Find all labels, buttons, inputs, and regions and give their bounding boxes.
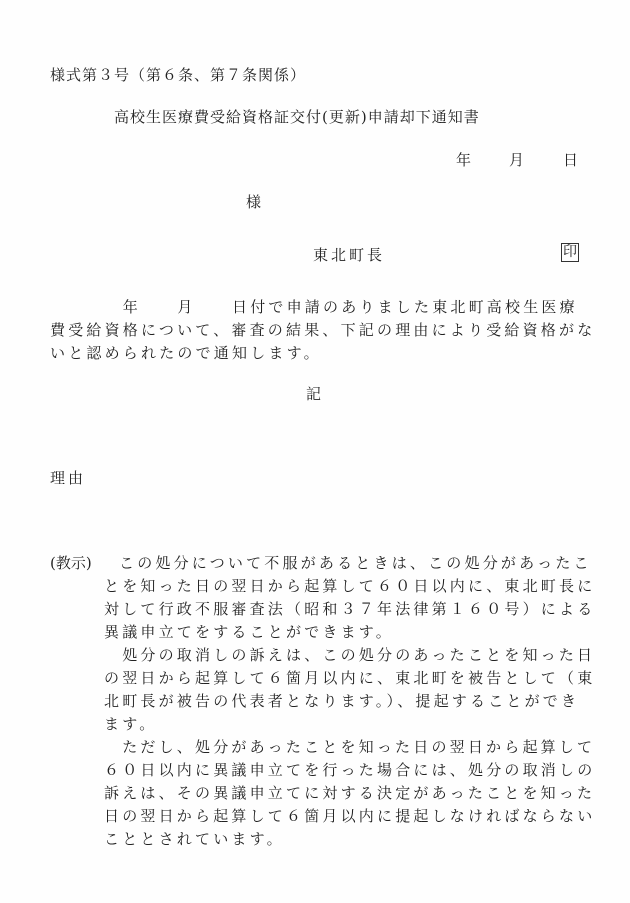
- notice-label: (教示): [50, 552, 92, 573]
- notice-line: とを知った日の翌日から起算して６０日以内に、東北町長に: [104, 575, 595, 596]
- ki-heading: 記: [306, 383, 321, 404]
- body-line: 費受給資格について、審査の結果、下記の理由により受給資格がな: [50, 319, 595, 340]
- notice-line: ただし、処分があったことを知った日の翌日から起算して: [104, 736, 595, 757]
- date-year: 年: [456, 149, 471, 170]
- seal-mark: 印: [561, 243, 579, 262]
- notice-line: 異議申立てをすることができます。: [104, 621, 394, 642]
- date-day: 日: [563, 149, 578, 170]
- notice-line: 訴えは、その異議申立てに対する決定があったことを知った: [104, 782, 595, 803]
- notice-line: ６０日以内に異議申立てを行った場合には、処分の取消しの: [104, 759, 595, 780]
- notice-line: 処分の取消しの訴えは、この処分のあったことを知った日: [104, 644, 595, 665]
- form-number: 様式第３号（第６条、第７条関係）: [50, 64, 306, 85]
- reason-label: 理由: [50, 467, 86, 488]
- notice-line: この処分について不服があるときは、この処分があったこ: [119, 552, 592, 573]
- addressee-suffix: 様: [246, 191, 261, 212]
- body-line: いと認められたので通知します。: [50, 342, 322, 363]
- notice-line: こととされています。: [104, 828, 285, 849]
- issuer-name: 東北町長: [313, 244, 385, 265]
- date-month: 月: [509, 149, 524, 170]
- notice-line: ます。: [104, 713, 157, 734]
- notice-line: 北町長が被告の代表者となります。）、提起することができ: [104, 690, 579, 711]
- body-line: 年 月 日付で申請のありました東北町高校生医療: [50, 296, 578, 317]
- notice-line: の翌日から起算して６箇月以内に、東北町を被告として（東: [104, 667, 595, 688]
- document-title: 高校生医療費受給資格証交付(更新)申請却下通知書: [114, 106, 480, 127]
- notice-line: 日の翌日から起算して６箇月以内に提起しなければならない: [104, 805, 595, 826]
- notice-line: 対して行政不服審査法（昭和３７年法律第１６０号）による: [104, 598, 595, 619]
